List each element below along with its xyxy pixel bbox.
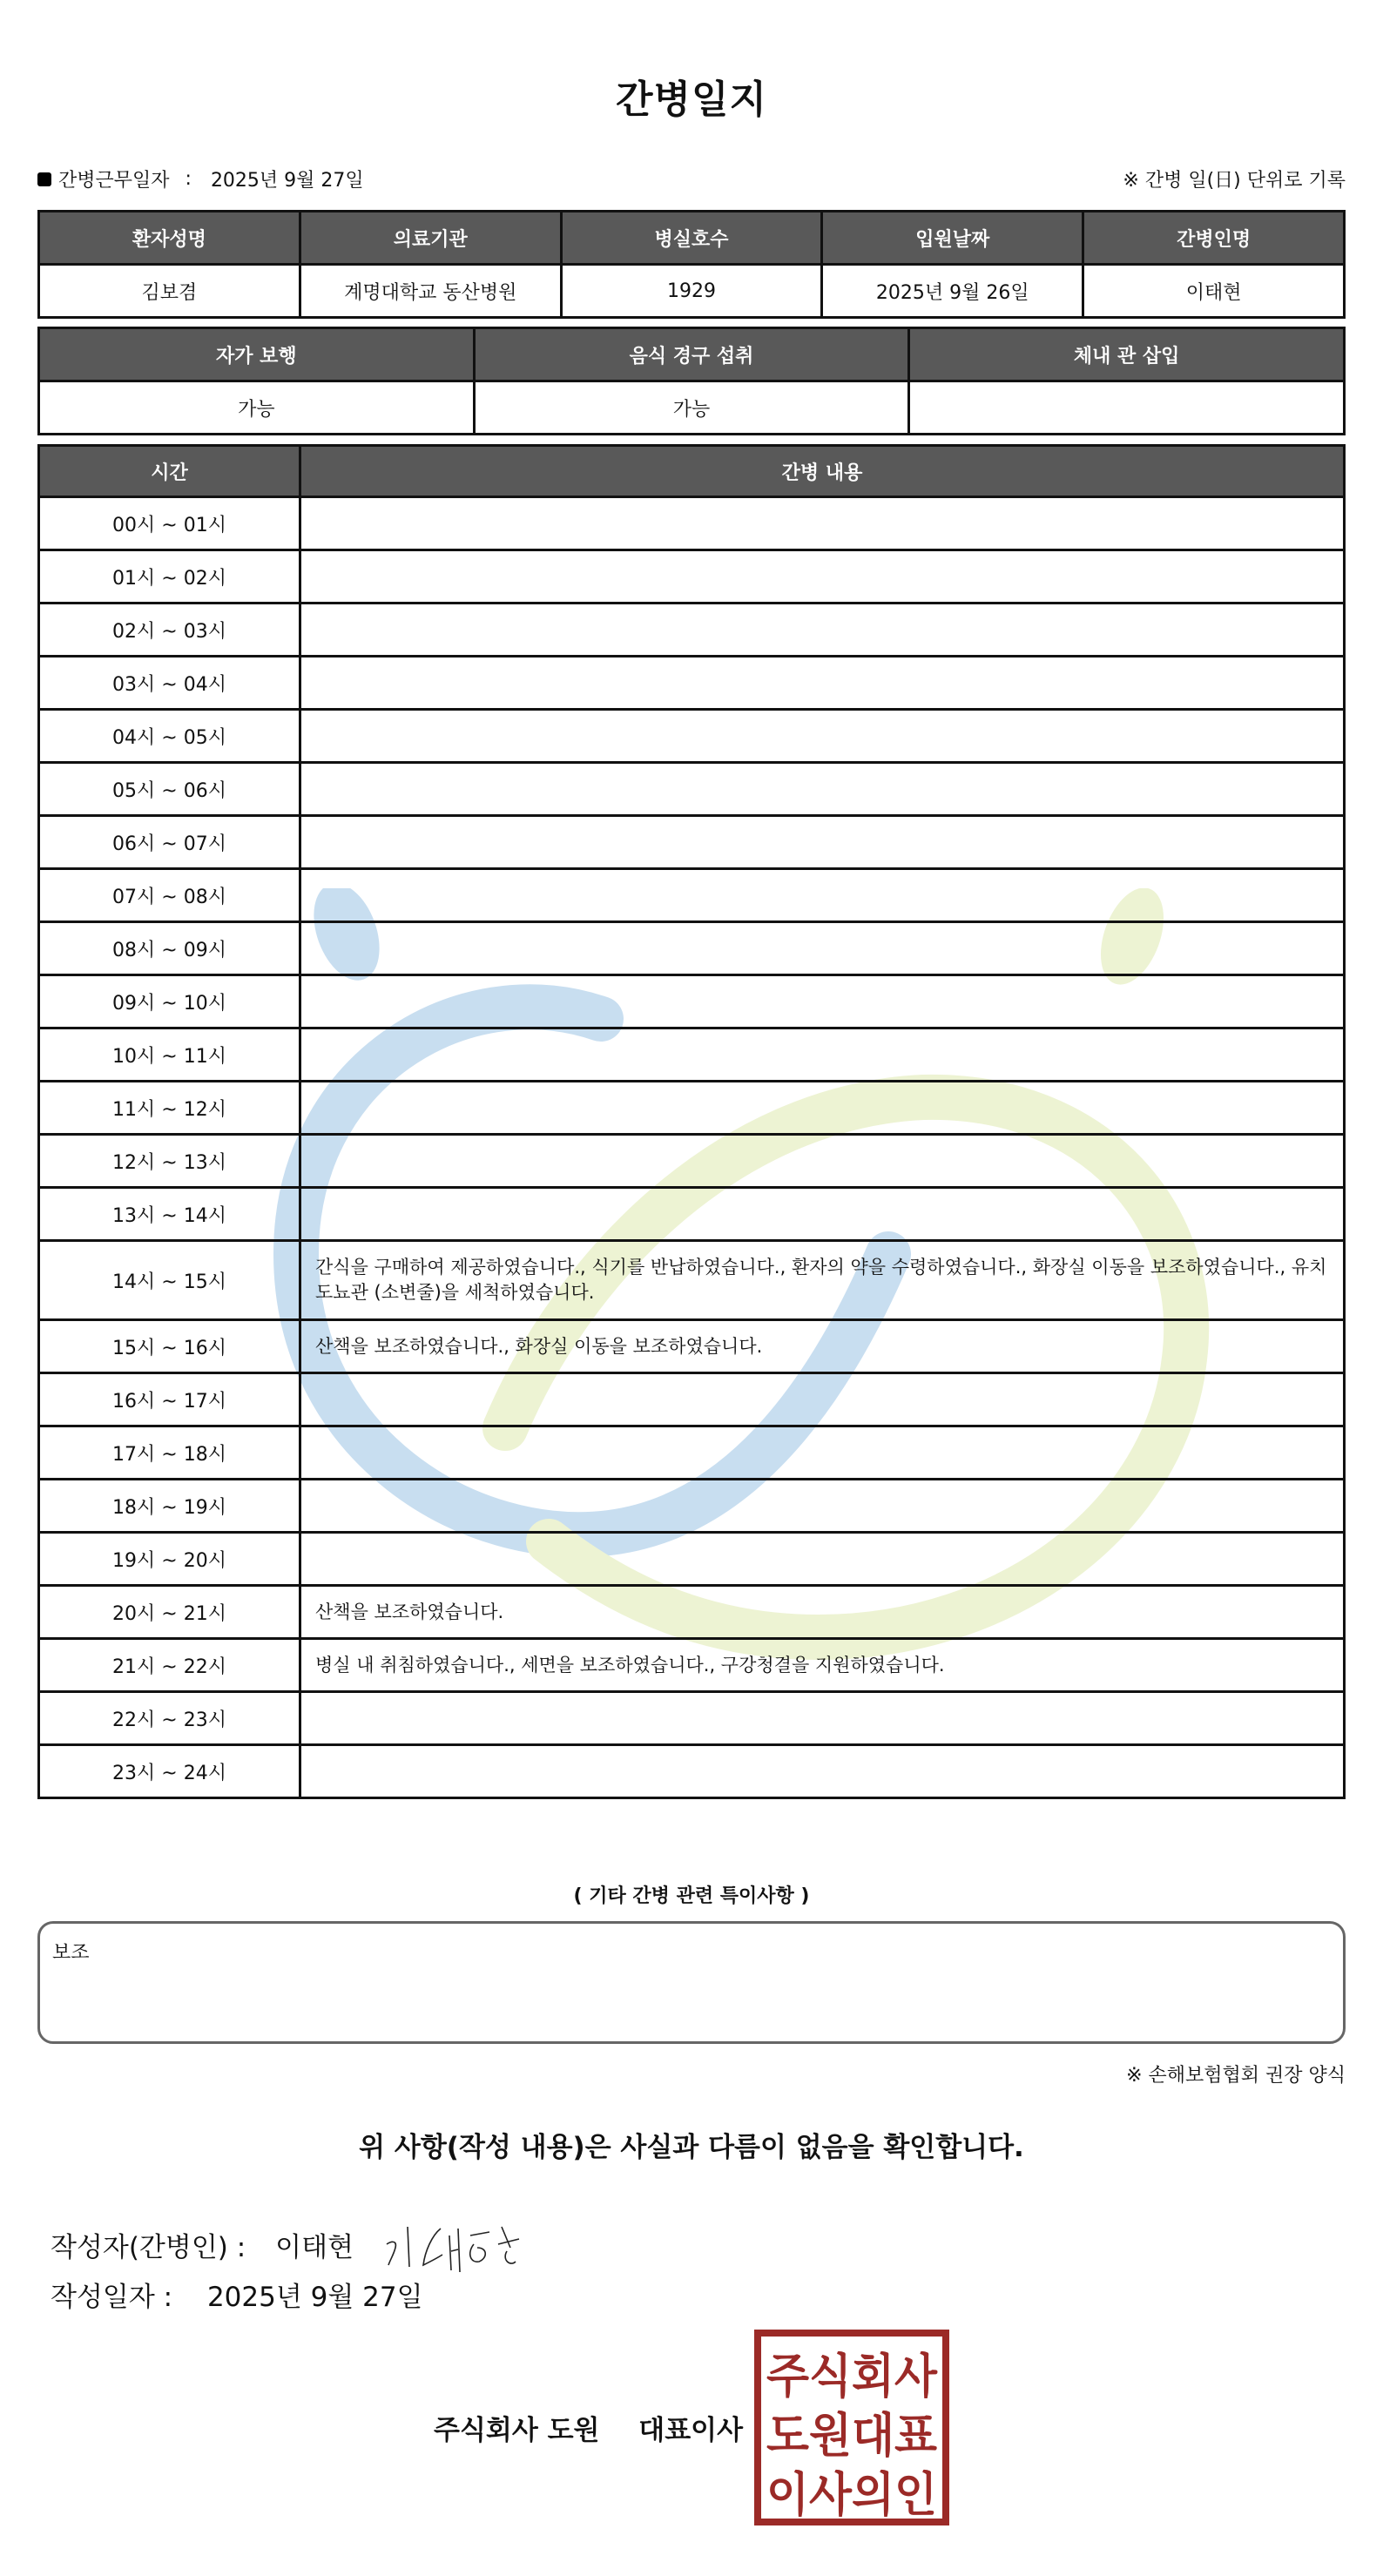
care-log-time: 15시 ~ 16시 <box>39 1320 300 1373</box>
hospital: 계명대학교 동산병원 <box>300 265 561 318</box>
care-log-content: 산책을 보조하였습니다. <box>300 1586 1345 1639</box>
care-log-row: 20시 ~ 21시산책을 보조하였습니다. <box>39 1586 1345 1639</box>
author-label: 작성자(간병인) : <box>51 2225 246 2264</box>
header-caregiver-name: 간병인명 <box>1083 212 1345 265</box>
care-log-time: 21시 ~ 22시 <box>39 1639 300 1692</box>
header-time: 시간 <box>39 446 300 497</box>
care-log-row: 11시 ~ 12시 <box>39 1082 1345 1135</box>
care-log-content <box>300 1480 1345 1533</box>
care-log-content <box>300 816 1345 869</box>
care-log-time: 16시 ~ 17시 <box>39 1373 300 1426</box>
care-log-time: 09시 ~ 10시 <box>39 975 300 1028</box>
form-note: ※ 손해보험협회 권장 양식 <box>1126 2060 1346 2087</box>
care-log-row: 04시 ~ 05시 <box>39 710 1345 763</box>
care-log-row: 21시 ~ 22시병실 내 취침하였습니다., 세면을 보조하였습니다., 구강… <box>39 1639 1345 1692</box>
care-log-content: 산책을 보조하였습니다., 화장실 이동을 보조하였습니다. <box>300 1320 1345 1373</box>
header-admission-date: 입원날짜 <box>822 212 1083 265</box>
oral-intake: 가능 <box>474 381 909 435</box>
company-title: 대표이사 <box>638 2415 743 2446</box>
care-log-row: 07시 ~ 08시 <box>39 869 1345 922</box>
written-date-value: 2025년 9월 27일 <box>207 2282 423 2313</box>
square-bullet-icon <box>37 172 51 186</box>
company-seal-stamp-icon: 주식회사 도원대표 이사의인 <box>754 2330 949 2525</box>
care-log-row: 03시 ~ 04시 <box>39 657 1345 710</box>
care-log-time: 19시 ~ 20시 <box>39 1533 300 1586</box>
care-log-content <box>300 763 1345 816</box>
care-log-row: 05시 ~ 06시 <box>39 763 1345 816</box>
care-log-body: 00시 ~ 01시01시 ~ 02시02시 ~ 03시03시 ~ 04시04시 … <box>39 497 1345 1798</box>
care-log-content <box>300 1426 1345 1480</box>
care-log-content: 병실 내 취침하였습니다., 세면을 보조하였습니다., 구강청결을 지원하였습… <box>300 1639 1345 1692</box>
care-log-row: 08시 ~ 09시 <box>39 922 1345 975</box>
care-log-row: 17시 ~ 18시 <box>39 1426 1345 1480</box>
care-log-content <box>300 1135 1345 1188</box>
header-hospital: 의료기관 <box>300 212 561 265</box>
care-log-time: 03시 ~ 04시 <box>39 657 300 710</box>
care-log-content <box>300 1188 1345 1241</box>
care-log-time: 10시 ~ 11시 <box>39 1028 300 1082</box>
care-log-time: 11시 ~ 12시 <box>39 1082 300 1135</box>
header-self-walking: 자가 보행 <box>39 328 475 381</box>
author-line: 작성자(간병인) : 이태현 <box>51 2209 545 2279</box>
svg-text:이사의인: 이사의인 <box>766 2467 937 2522</box>
care-log-time: 00시 ~ 01시 <box>39 497 300 550</box>
care-log-time: 14시 ~ 15시 <box>39 1241 300 1320</box>
care-log-content <box>300 922 1345 975</box>
work-date-separator: : <box>186 168 192 190</box>
caregiver-name: 이태현 <box>1083 265 1345 318</box>
special-notes-content: 보조 <box>52 1938 90 1965</box>
written-date-label: 작성일자 : <box>51 2282 172 2313</box>
care-log-time: 01시 ~ 02시 <box>39 550 300 604</box>
care-log-time: 18시 ~ 19시 <box>39 1480 300 1533</box>
care-log-time: 05시 ~ 06시 <box>39 763 300 816</box>
care-log-row: 18시 ~ 19시 <box>39 1480 1345 1533</box>
care-log-row: 00시 ~ 01시 <box>39 497 1345 550</box>
room-number: 1929 <box>561 265 822 318</box>
care-log-content <box>300 604 1345 657</box>
care-log-content <box>300 1745 1345 1798</box>
care-log-time: 20시 ~ 21시 <box>39 1586 300 1639</box>
care-log-content <box>300 1533 1345 1586</box>
header-room-number: 병실호수 <box>561 212 822 265</box>
care-log-row: 22시 ~ 23시 <box>39 1692 1345 1745</box>
care-log-time: 13시 ~ 14시 <box>39 1188 300 1241</box>
care-log-content: 간식을 구매하여 제공하였습니다., 식기를 반납하였습니다., 환자의 약을 … <box>300 1241 1345 1320</box>
header-oral-intake: 음식 경구 섭취 <box>474 328 909 381</box>
special-notes-box: 보조 <box>37 1921 1346 2044</box>
patient-info-table: 환자성명 의료기관 병실호수 입원날짜 간병인명 김보겸 계명대학교 동산병원 … <box>37 210 1346 319</box>
header-tube-insertion: 체내 관 삽입 <box>909 328 1345 381</box>
unit-note: ※ 간병 일(日) 단위로 기록 <box>1123 165 1346 192</box>
care-log-row: 14시 ~ 15시간식을 구매하여 제공하였습니다., 식기를 반납하였습니다.… <box>39 1241 1345 1320</box>
care-log-row: 16시 ~ 17시 <box>39 1373 1345 1426</box>
written-date-line: 작성일자 : 2025년 9월 27일 <box>51 2275 423 2314</box>
confirmation-statement: 위 사항(작성 내용)은 사실과 다름이 없음을 확인합니다. <box>0 2125 1383 2164</box>
patient-status-table: 자가 보행 음식 경구 섭취 체내 관 삽입 가능 가능 <box>37 327 1346 435</box>
care-log-content <box>300 1373 1345 1426</box>
self-walking: 가능 <box>39 381 475 435</box>
care-log-row: 02시 ~ 03시 <box>39 604 1345 657</box>
tube-insertion <box>909 381 1345 435</box>
care-log-row: 13시 ~ 14시 <box>39 1188 1345 1241</box>
company-signature-line: 주식회사 도원 대표이사 <box>434 2408 743 2447</box>
care-log-time: 22시 ~ 23시 <box>39 1692 300 1745</box>
care-log-row: 15시 ~ 16시산책을 보조하였습니다., 화장실 이동을 보조하였습니다. <box>39 1320 1345 1373</box>
care-log-row: 12시 ~ 13시 <box>39 1135 1345 1188</box>
company-name: 주식회사 도원 <box>434 2415 599 2446</box>
care-log-content <box>300 657 1345 710</box>
care-log-content <box>300 550 1345 604</box>
care-log-content <box>300 869 1345 922</box>
care-log-time: 08시 ~ 09시 <box>39 922 300 975</box>
page-title: 간병일지 <box>0 68 1383 124</box>
special-notes-title: ( 기타 간병 관련 특이사항 ) <box>0 1881 1383 1908</box>
care-log-time: 07시 ~ 08시 <box>39 869 300 922</box>
care-log-row: 10시 ~ 11시 <box>39 1028 1345 1082</box>
care-log-row: 19시 ~ 20시 <box>39 1533 1345 1586</box>
care-log-time: 17시 ~ 18시 <box>39 1426 300 1480</box>
svg-text:도원대표: 도원대표 <box>766 2408 937 2463</box>
care-log-row: 23시 ~ 24시 <box>39 1745 1345 1798</box>
svg-text:주식회사: 주식회사 <box>766 2349 938 2404</box>
care-log-content <box>300 497 1345 550</box>
signature-icon <box>380 2209 545 2279</box>
care-log-content <box>300 975 1345 1028</box>
care-log-content <box>300 1082 1345 1135</box>
care-log-time: 02시 ~ 03시 <box>39 604 300 657</box>
header-patient-name: 환자성명 <box>39 212 300 265</box>
care-log-time: 12시 ~ 13시 <box>39 1135 300 1188</box>
care-log-content <box>300 1028 1345 1082</box>
header-care-content: 간병 내용 <box>300 446 1345 497</box>
care-log-table: 시간 간병 내용 00시 ~ 01시01시 ~ 02시02시 ~ 03시03시 … <box>37 444 1346 1799</box>
care-log-content <box>300 1692 1345 1745</box>
patient-name: 김보겸 <box>39 265 300 318</box>
care-log-time: 23시 ~ 24시 <box>39 1745 300 1798</box>
care-log-content <box>300 710 1345 763</box>
work-date-value: 2025년 9월 27일 <box>211 165 364 192</box>
work-date-line: 간병근무일자 : 2025년 9월 27일 <box>37 165 364 192</box>
work-date-label: 간병근무일자 <box>58 165 170 192</box>
admission-date: 2025년 9월 26일 <box>822 265 1083 318</box>
care-log-time: 06시 ~ 07시 <box>39 816 300 869</box>
care-log-time: 04시 ~ 05시 <box>39 710 300 763</box>
author-name: 이태현 <box>275 2225 354 2264</box>
care-log-row: 01시 ~ 02시 <box>39 550 1345 604</box>
care-log-row: 09시 ~ 10시 <box>39 975 1345 1028</box>
care-log-row: 06시 ~ 07시 <box>39 816 1345 869</box>
